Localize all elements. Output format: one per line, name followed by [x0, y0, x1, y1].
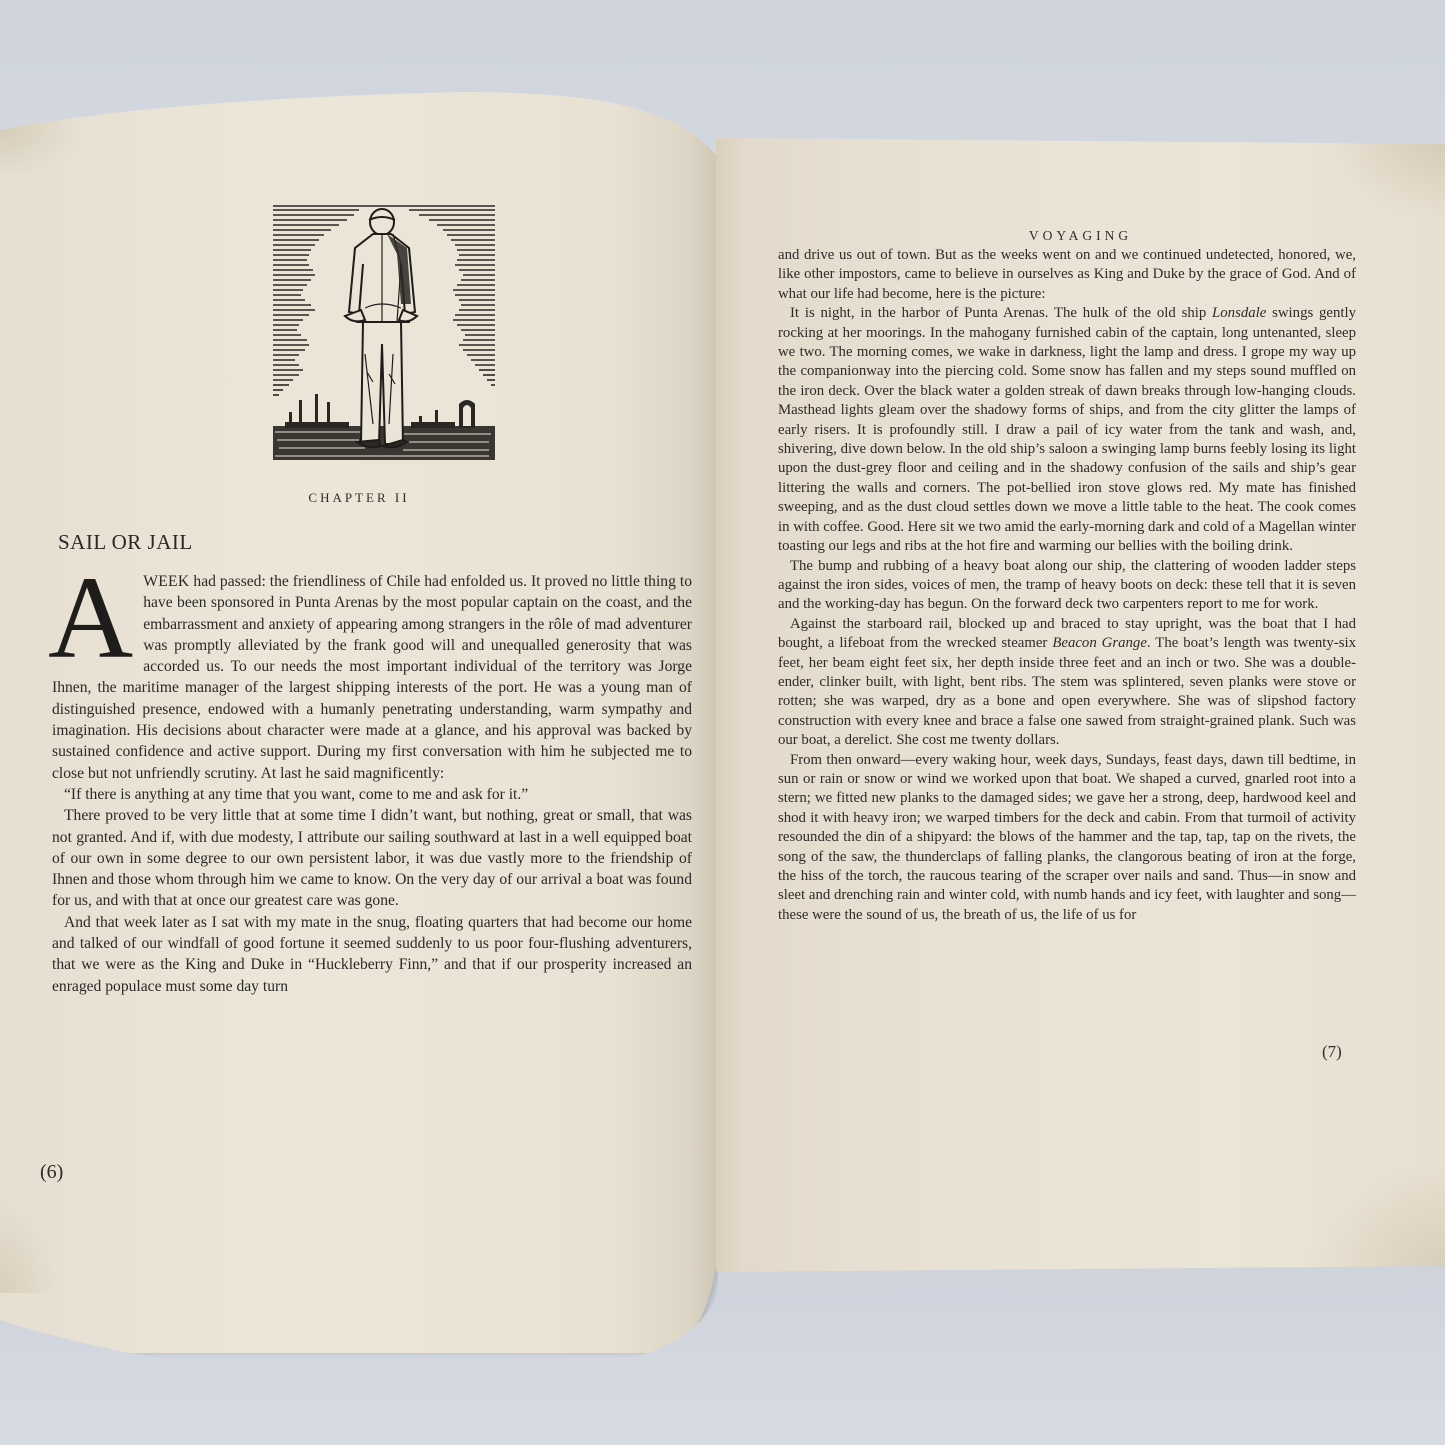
- paper-stain: [1305, 1164, 1445, 1274]
- paper-stain: [0, 108, 80, 178]
- paragraph-text: and drive us out of town. But as the wee…: [778, 247, 1356, 302]
- paragraph: AWEEK had passed: the friendliness of Ch…: [52, 571, 692, 784]
- paper-stain: [0, 1203, 60, 1293]
- woodcut-illustration: [269, 204, 499, 462]
- paragraph-text: . The boat’s length was twenty-six feet,…: [778, 635, 1356, 748]
- open-book-spread: CHAPTER II SAIL OR JAIL AWEEK had passed…: [0, 0, 1445, 1445]
- paragraph: Against the starboard rail, blocked up a…: [778, 615, 1356, 751]
- paragraph: and drive us out of town. But as the wee…: [778, 246, 1356, 304]
- chapter-label: CHAPTER II: [0, 490, 718, 506]
- left-page: CHAPTER II SAIL OR JAIL AWEEK had passed…: [0, 78, 718, 1353]
- standing-man-woodcut-icon: [269, 204, 499, 462]
- paragraph: “If there is anything at any time that y…: [52, 784, 692, 805]
- ship-name-italic: Beacon Grange: [1052, 635, 1147, 651]
- paragraph-text: had passed: the friendliness of Chile ha…: [52, 573, 692, 782]
- page-number-left: (6): [40, 1161, 63, 1184]
- left-page-body: AWEEK had passed: the friendliness of Ch…: [52, 571, 692, 997]
- right-page-body: and drive us out of town. But as the wee…: [778, 246, 1356, 925]
- paragraph: There proved to be very little that at s…: [52, 805, 692, 911]
- paper-stain: [1325, 138, 1445, 218]
- paragraph-text: It is night, in the harbor of Punta Aren…: [790, 305, 1212, 321]
- paragraph: And that week later as I sat with my mat…: [52, 912, 692, 997]
- opening-smallcaps: WEEK: [143, 573, 189, 590]
- ship-name-italic: Lonsdale: [1212, 305, 1266, 321]
- paragraph-text: The bump and rubbing of a heavy boat alo…: [778, 558, 1356, 613]
- paragraph: The bump and rubbing of a heavy boat alo…: [778, 557, 1356, 615]
- drop-cap: A: [48, 575, 133, 667]
- paragraph: From then onward—every waking hour, week…: [778, 751, 1356, 926]
- paragraph-text: From then onward—every waking hour, week…: [778, 752, 1356, 923]
- running-head: VOYAGING: [716, 228, 1445, 244]
- paragraph-text: swings gently rocking at her moorings. I…: [778, 305, 1356, 554]
- page-number-right: (7): [1322, 1042, 1342, 1062]
- paragraph: It is night, in the harbor of Punta Aren…: [778, 304, 1356, 556]
